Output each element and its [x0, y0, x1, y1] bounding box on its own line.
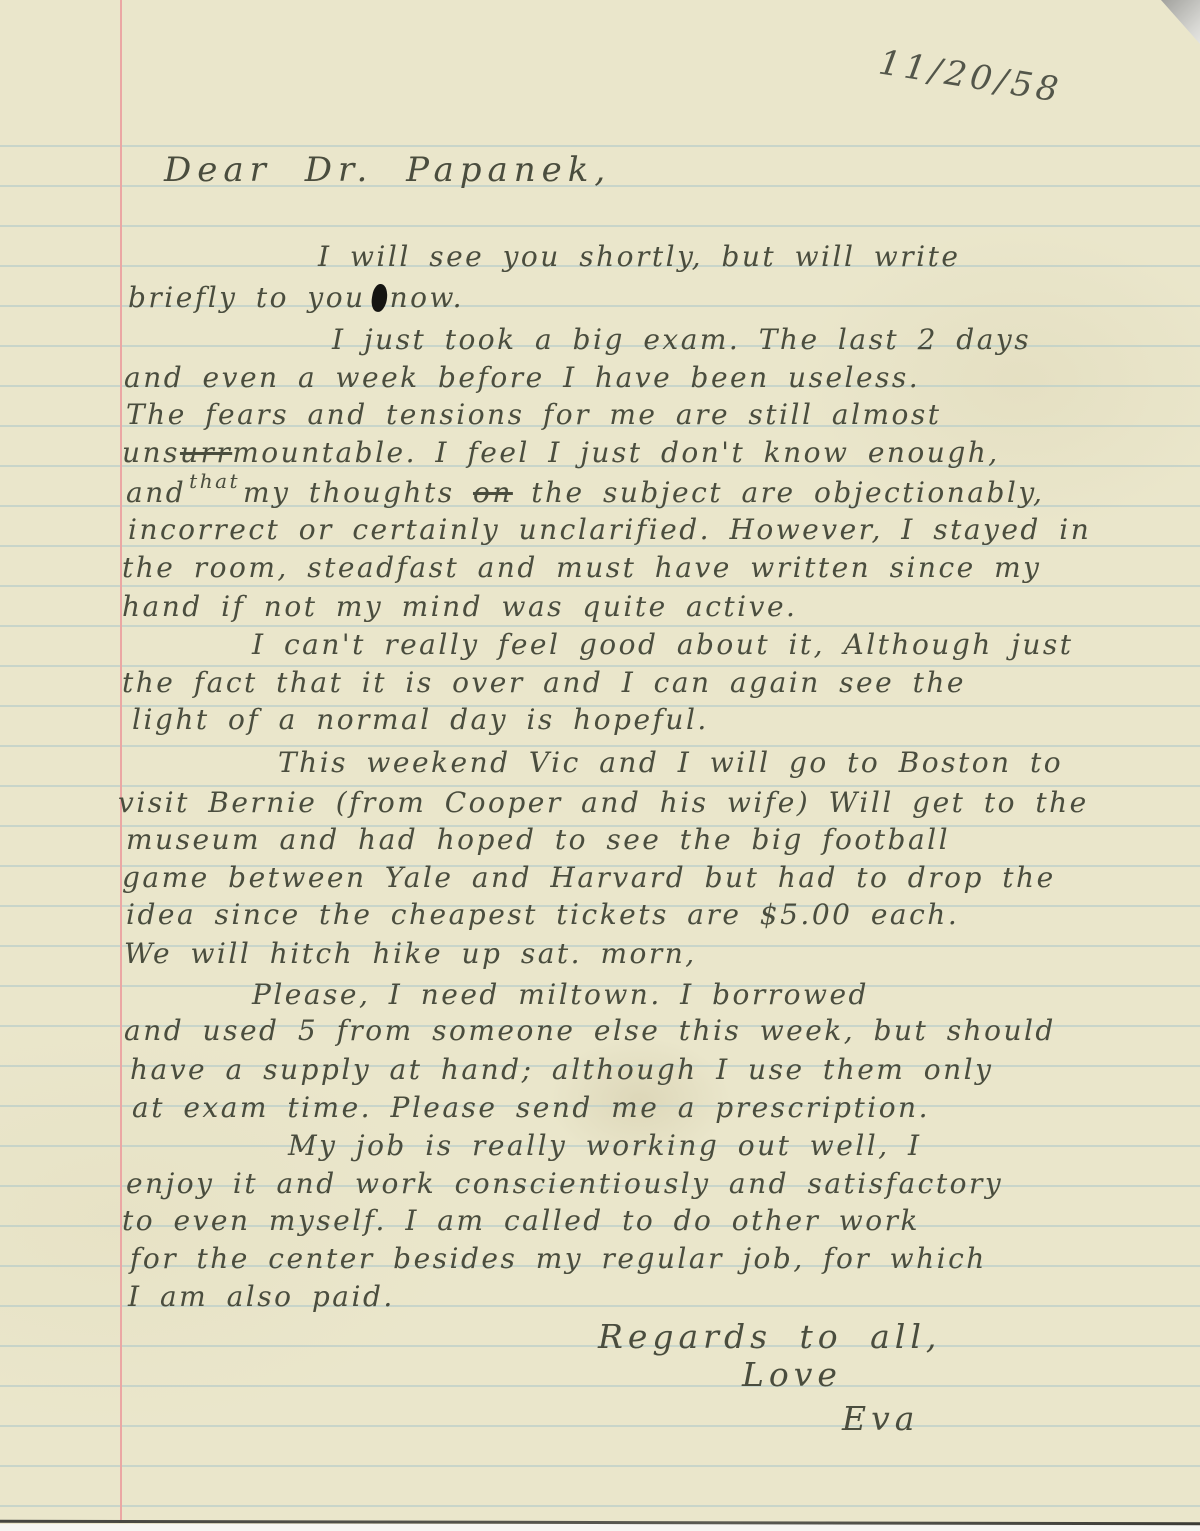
letter-line: the fact that it is over and I can again… [122, 666, 966, 699]
line-text: mountable. I feel I just don't know enou… [232, 436, 999, 469]
letter-line: unsurrmountable. I feel I just don't kno… [122, 436, 1000, 469]
closing-regards: Regards to all, [598, 1317, 941, 1356]
letter-line: visit Bernie (from Cooper and his wife) … [118, 786, 1089, 819]
letter-line: idea since the cheapest tickets are $5.0… [126, 898, 959, 931]
letter-line: briefly to younow. [128, 281, 464, 314]
letter-line: and used 5 from someone else this week, … [124, 1014, 1056, 1047]
letter-line: I just took a big exam. The last 2 days [332, 323, 1031, 356]
line-text: my thoughts [243, 476, 473, 509]
letter-line: the room, steadfast and must have writte… [122, 551, 1041, 584]
struck-text: urr [180, 436, 232, 469]
letter-line: I will see you shortly, but will write [318, 240, 960, 273]
margin-line [120, 0, 122, 1520]
letter-line: have a supply at hand; although I use th… [130, 1053, 993, 1086]
letter-line: at exam time. Please send me a prescript… [132, 1091, 930, 1124]
letter-line: to even myself. I am called to do other … [122, 1204, 920, 1237]
ink-blot [369, 283, 389, 313]
scanned-letter-page: { "letter": { "date": "11/20/58", "salut… [0, 0, 1200, 1531]
letter-line: game between Yale and Harvard but had to… [122, 861, 1056, 894]
letter-line: hand if not my mind was quite active. [122, 590, 797, 623]
line-text: uns [122, 436, 180, 469]
letter-line: museum and had hoped to see the big foot… [126, 823, 950, 856]
line-text: now. [390, 281, 464, 314]
struck-text: on [473, 476, 513, 509]
letter-line: We will hitch hike up sat. morn, [124, 937, 697, 970]
letter-date: 11/20/58 [876, 42, 1065, 110]
letter-line: My job is really working out well, I [288, 1129, 922, 1162]
line-text: briefly to you [128, 281, 366, 314]
inserted-word: that [189, 469, 240, 493]
line-text: the subject are objectionably, [513, 476, 1045, 509]
signature: Eva [842, 1399, 919, 1438]
letter-line: incorrect or certainly unclarified. Howe… [128, 513, 1091, 546]
letter-line: and even a week before I have been usele… [124, 361, 920, 394]
letter-line: This weekend Vic and I will go to Boston… [278, 746, 1063, 779]
closing-love: Love [742, 1355, 842, 1394]
salutation: Dear Dr. Papanek, [164, 150, 611, 190]
letter-line: andthatmy thoughts on the subject are ob… [126, 476, 1044, 509]
letter-line: I am also paid. [128, 1280, 395, 1313]
letter-line: The fears and tensions for me are still … [126, 398, 942, 431]
letter-line: for the center besides my regular job, f… [130, 1242, 987, 1275]
letter-line: I can't really feel good about it, Altho… [252, 628, 1074, 661]
letter-line: light of a normal day is hopeful. [132, 703, 709, 736]
letter-line: Please, I need miltown. I borrowed [252, 978, 869, 1011]
line-text: and [126, 476, 186, 509]
letter-line: enjoy it and work conscientiously and sa… [126, 1167, 1003, 1200]
letter-paper: 11/20/58 Dear Dr. Papanek, I will see yo… [0, 0, 1200, 1524]
